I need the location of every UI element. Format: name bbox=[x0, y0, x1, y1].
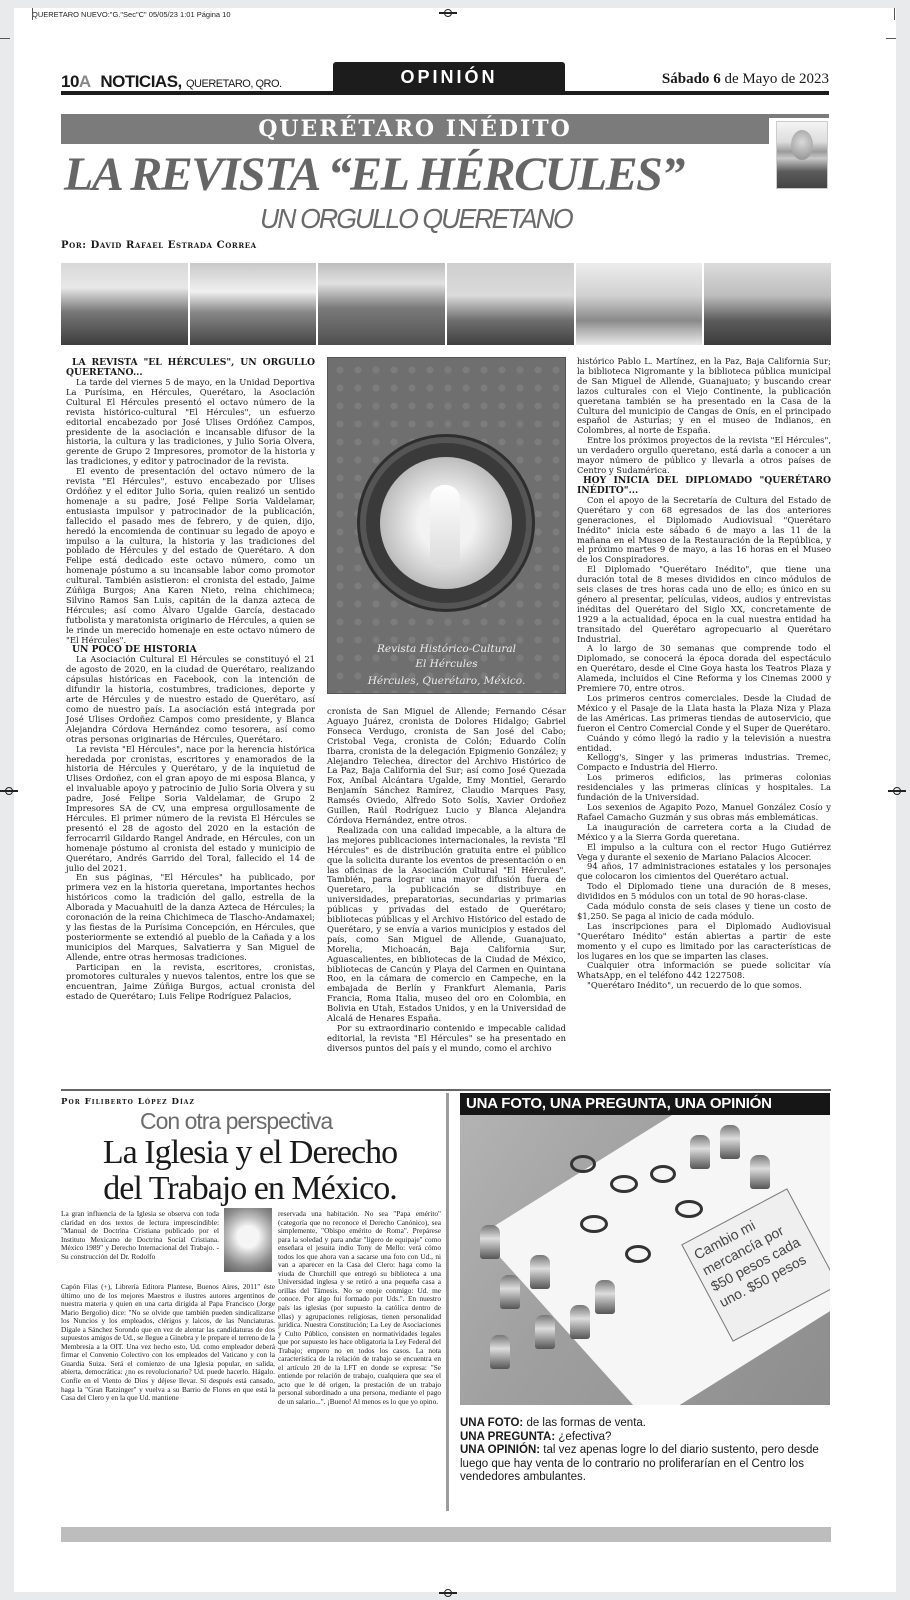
band-extension bbox=[769, 114, 829, 118]
article-column-2: cronista de San Miguel de Allende; Ferna… bbox=[327, 707, 566, 1087]
cover-caption-line: Hércules, Querétaro, México. bbox=[328, 674, 565, 689]
paragraph: histórico Pablo L. Martínez, en la Paz, … bbox=[577, 357, 831, 436]
doll-figure bbox=[490, 1335, 510, 1369]
article-column-3: histórico Pablo L. Martínez, en la Paz, … bbox=[577, 357, 831, 1087]
doll-figure bbox=[570, 1305, 590, 1339]
opinion-kicker: Con otra perspectiva bbox=[140, 1108, 332, 1135]
opinion-text-1b: Capón Filas (+), Librería Editora Plante… bbox=[61, 1283, 275, 1508]
event-photo-strip bbox=[61, 263, 831, 345]
paragraph: El evento de presentación del octavo núm… bbox=[66, 467, 315, 645]
article-column-1: LA REVISTA "EL HÉRCULES", UN ORGULLO QUE… bbox=[66, 358, 315, 1088]
paragraph: Participan en la revista, escritores, cr… bbox=[66, 963, 315, 1003]
author-photo bbox=[776, 121, 828, 189]
opinion-text-1a: La gran influencia de la Iglesia se obse… bbox=[61, 1210, 219, 1285]
paragraph: Entre los próximos proyectos de la revis… bbox=[577, 436, 831, 476]
crop-mark bbox=[0, 38, 10, 39]
paragraph: La inauguración de carretera corta a la … bbox=[577, 823, 831, 843]
paragraph: "Querétaro Inédito", un recuerdo de lo q… bbox=[577, 981, 831, 991]
header-rule bbox=[61, 91, 829, 95]
paragraph: Los sexenios de Agapito Pozo, Manuel Gon… bbox=[577, 803, 831, 823]
photo-feature-caption: UNA FOTO: de las formas de venta. UNA PR… bbox=[460, 1417, 840, 1485]
registration-mark-icon bbox=[439, 6, 457, 20]
issue-date: Sábado 6 de Mayo de 2023 bbox=[662, 71, 829, 88]
registration-mark-icon bbox=[0, 784, 18, 798]
caption-opinion: UNA OPINIÓN: tal vez apenas logre lo del… bbox=[460, 1444, 840, 1485]
paragraph: Realizada con una calidad impecable, a l… bbox=[327, 826, 566, 1024]
paragraph: Por su extraordinario contenido e impeca… bbox=[327, 1024, 566, 1054]
paper-name: NOTICIAS, bbox=[100, 72, 181, 91]
paragraph: En sus páginas, "El Hércules" ha publica… bbox=[66, 873, 315, 962]
paragraph: Las inscripciones para el Diplomado Audi… bbox=[577, 922, 831, 962]
opinion-byline: Por Filiberto López Díaz bbox=[61, 1097, 195, 1107]
photo-feature-header: UNA FOTO, UNA PREGUNTA, UNA OPINIÓN bbox=[460, 1093, 830, 1115]
doll-figure bbox=[720, 1125, 740, 1159]
caption-pregunta: UNA PREGUNTA: ¿efectiva? bbox=[460, 1431, 840, 1445]
paragraph: El impulso a la cultura con el rector Hu… bbox=[577, 843, 831, 863]
paragraph: Todo el Diplomado tiene una duración de … bbox=[577, 882, 831, 902]
crop-mark bbox=[32, 8, 33, 20]
doll-figure bbox=[595, 1280, 615, 1314]
event-photo bbox=[61, 263, 188, 345]
column-band: QUERÉTARO INÉDITO bbox=[61, 114, 769, 144]
section-divider bbox=[61, 1089, 831, 1091]
opinion-title: La Iglesia y el Derecho del Trabajo en M… bbox=[100, 1135, 400, 1207]
paragraph: La Asociación Cultural El Hércules se co… bbox=[66, 655, 315, 744]
subhead: LA REVISTA "EL HÉRCULES", UN ORGULLO QUE… bbox=[66, 358, 315, 378]
magazine-cover-image: Revista Histórico-Cultural El Hércules H… bbox=[327, 357, 566, 694]
caption-label: UNA FOTO: bbox=[460, 1417, 523, 1429]
bracelet bbox=[650, 1165, 676, 1183]
page-folio: 10A NOTICIAS, QUERETARO, QRO. bbox=[61, 72, 282, 92]
bracelet bbox=[570, 1155, 596, 1173]
caption-text: de las formas de venta. bbox=[523, 1417, 646, 1429]
doll-figure bbox=[535, 1315, 555, 1349]
event-photo bbox=[447, 263, 574, 345]
opinion-text-body: reservada una habitación. No sea "Papa e… bbox=[278, 1210, 441, 1406]
subhead: HOY INICIA DEL DIPLOMADO "QUERÉTARO INÉD… bbox=[577, 476, 831, 496]
paragraph: cronista de San Miguel de Allende; Ferna… bbox=[327, 707, 566, 826]
paragraph: Cuándo y cómo llegó la radio y la televi… bbox=[577, 734, 831, 754]
paragraph: 94 años, 17 administraciones estatales y… bbox=[577, 862, 831, 882]
article-subtitle: UN ORGULLO QUERETANO bbox=[260, 203, 572, 235]
paragraph: El Diplomado "Querétaro Inédito", que ti… bbox=[577, 565, 831, 644]
bracelet bbox=[610, 1175, 638, 1193]
caption-label: UNA PREGUNTA: bbox=[460, 1431, 555, 1443]
caption-foto: UNA FOTO: de las formas de venta. bbox=[460, 1417, 840, 1431]
date-weekday: Sábado bbox=[662, 71, 710, 87]
date-month-year: de Mayo de 2023 bbox=[724, 71, 829, 87]
paragraph: Kellogg's, Singer y las primeras industr… bbox=[577, 753, 831, 773]
paragraph: La tarde del viernes 5 de mayo, en la Un… bbox=[66, 378, 315, 467]
date-day: 6 bbox=[713, 71, 721, 87]
page-number: 10 bbox=[61, 72, 79, 91]
opinion-text-body: La gran influencia de la Iglesia se obse… bbox=[61, 1210, 219, 1261]
crop-mark bbox=[886, 38, 896, 39]
caption-label: UNA OPINIÓN: bbox=[460, 1444, 540, 1456]
vertical-divider bbox=[446, 1093, 449, 1511]
paragraph: Con el apoyo de la Secretaría de Cultura… bbox=[577, 496, 831, 565]
paragraph: Cualquier otra información se puede soli… bbox=[577, 961, 831, 981]
event-photo bbox=[704, 263, 831, 345]
section-tab: OPINIÓN bbox=[333, 62, 565, 92]
page-letter: A bbox=[79, 72, 90, 91]
paragraph: Cada módulo consta de seis clases y tien… bbox=[577, 902, 831, 922]
bracelet bbox=[675, 1200, 703, 1218]
paragraph: A lo largo de 30 semanas que comprende t… bbox=[577, 644, 831, 694]
footer-bar bbox=[61, 1527, 831, 1542]
bracelet bbox=[580, 1215, 608, 1233]
page-header: 10A NOTICIAS, QUERETARO, QRO. OPINIÓN Sá… bbox=[47, 62, 837, 94]
statue-figure bbox=[430, 485, 460, 565]
opinion-text-2: reservada una habitación. No sea "Papa e… bbox=[278, 1210, 441, 1510]
street-vendor-photo: Cambio mi mercancía por $50 pesos cada u… bbox=[460, 1115, 830, 1405]
doll-figure bbox=[690, 1135, 710, 1169]
doll-figure bbox=[530, 1255, 550, 1289]
paragraph: Los primeros edificios, las primeras col… bbox=[577, 773, 831, 803]
bracelet bbox=[625, 1245, 651, 1263]
article-byline: Por: David Rafael Estrada Correa bbox=[61, 240, 257, 251]
article-title: LA REVISTA “EL HÉRCULES” bbox=[64, 146, 774, 204]
cover-caption-line: El Hércules bbox=[328, 657, 565, 672]
author-face bbox=[791, 130, 813, 160]
doll-figure bbox=[750, 1155, 770, 1189]
print-slug: QUERETARO NUEVO:"G."Sec"C" 05/05/23 1:01… bbox=[32, 10, 231, 19]
cover-caption-line: Revista Histórico-Cultural bbox=[328, 642, 565, 657]
caption-text: ¿efectiva? bbox=[555, 1431, 611, 1443]
crop-mark bbox=[894, 8, 895, 20]
ornate-frame bbox=[366, 443, 526, 603]
paragraph: Los primeros centros comerciales. Desde … bbox=[577, 694, 831, 734]
paper-city: QUERETARO, QRO. bbox=[186, 78, 282, 90]
columnist-photo bbox=[224, 1208, 272, 1272]
event-photo bbox=[190, 263, 317, 345]
registration-mark-icon bbox=[439, 1586, 457, 1600]
doll-figure bbox=[480, 1225, 500, 1259]
event-photo bbox=[318, 263, 445, 345]
event-photo bbox=[576, 263, 703, 345]
doll-figure bbox=[500, 1275, 520, 1309]
registration-mark-icon bbox=[888, 784, 906, 798]
paragraph: La revista "El Hércules", nace por la he… bbox=[66, 745, 315, 874]
